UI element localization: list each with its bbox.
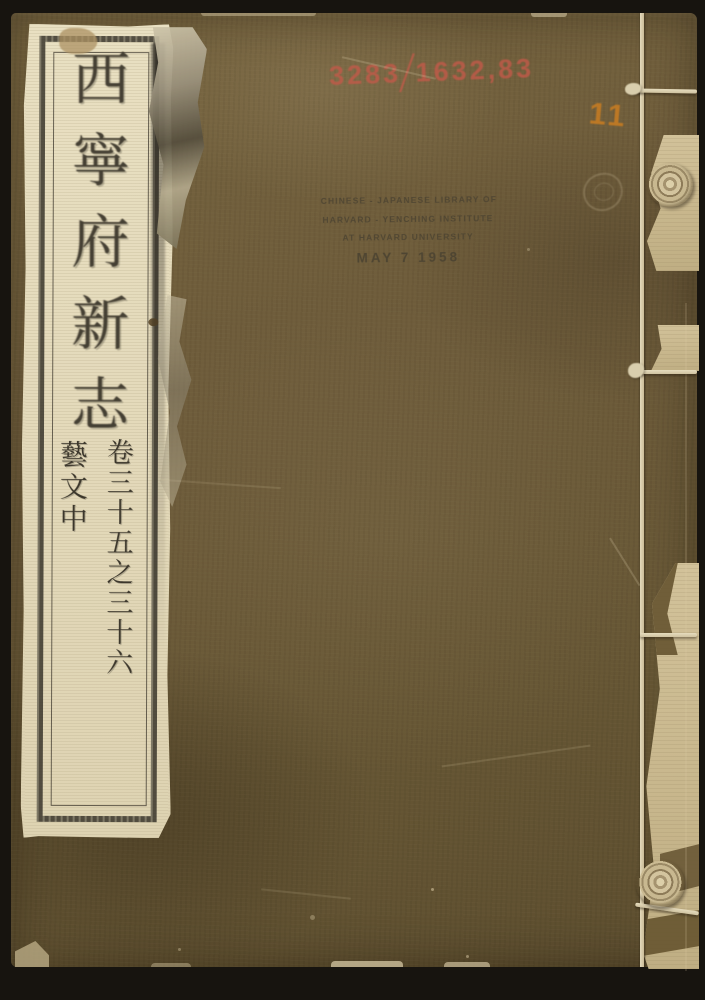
scratch bbox=[610, 538, 641, 586]
torn-paper-patch-middle bbox=[651, 325, 699, 371]
stamp-line: HARVARD - YENCHING INSTITUTE bbox=[321, 209, 495, 229]
cover-fragment bbox=[643, 910, 699, 956]
volume-note: 卷三十五之三十六 bbox=[97, 438, 137, 706]
title-char: 西 bbox=[72, 50, 130, 108]
title-char: 寧 bbox=[72, 131, 130, 189]
edge-chip bbox=[331, 961, 403, 967]
edge-chip bbox=[444, 962, 490, 967]
scratch-swirl bbox=[579, 169, 626, 214]
title-text: 西 寧 府 新 志 bbox=[58, 50, 143, 434]
call-number-right: 1632,83 bbox=[415, 53, 535, 88]
corner-wear bbox=[15, 941, 49, 967]
library-stamp: CHINESE - JAPANESE LIBRARY OF HARVARD - … bbox=[321, 190, 496, 265]
book-cover-photo: 西 寧 府 新 志 卷三十五之三十六 藝文中 3283/1632,83 11 C… bbox=[0, 0, 705, 1000]
book-cover: 西 寧 府 新 志 卷三十五之三十六 藝文中 3283/1632,83 11 C… bbox=[11, 13, 697, 967]
cover-fragment bbox=[643, 563, 678, 655]
binding-stitch bbox=[640, 370, 697, 374]
scratch bbox=[442, 745, 591, 767]
stamp-line: CHINESE - JAPANESE LIBRARY OF bbox=[321, 190, 495, 210]
edge-chip bbox=[531, 13, 567, 17]
copy-number: 11 bbox=[588, 95, 630, 134]
binding-stitch bbox=[635, 88, 697, 93]
section-note: 藝文中 bbox=[52, 440, 92, 564]
stamp-line: AT HARVARD UNIVERSITY bbox=[321, 227, 495, 247]
binding-stitch bbox=[640, 633, 697, 637]
thread-knot bbox=[625, 83, 641, 95]
edge-chip bbox=[151, 963, 191, 967]
title-char: 志 bbox=[71, 376, 129, 434]
title-char: 新 bbox=[71, 294, 129, 352]
binding-thread-vertical bbox=[640, 13, 644, 967]
call-number: 3283/1632,83 bbox=[328, 53, 534, 92]
speckles bbox=[431, 888, 434, 891]
edge-crease bbox=[685, 303, 687, 971]
scratch bbox=[261, 888, 351, 899]
title-char: 府 bbox=[72, 213, 130, 271]
paper-twist-fastener bbox=[647, 163, 693, 207]
edge-chip bbox=[201, 13, 316, 16]
stamp-date: MAY 7 1958 bbox=[321, 249, 495, 266]
